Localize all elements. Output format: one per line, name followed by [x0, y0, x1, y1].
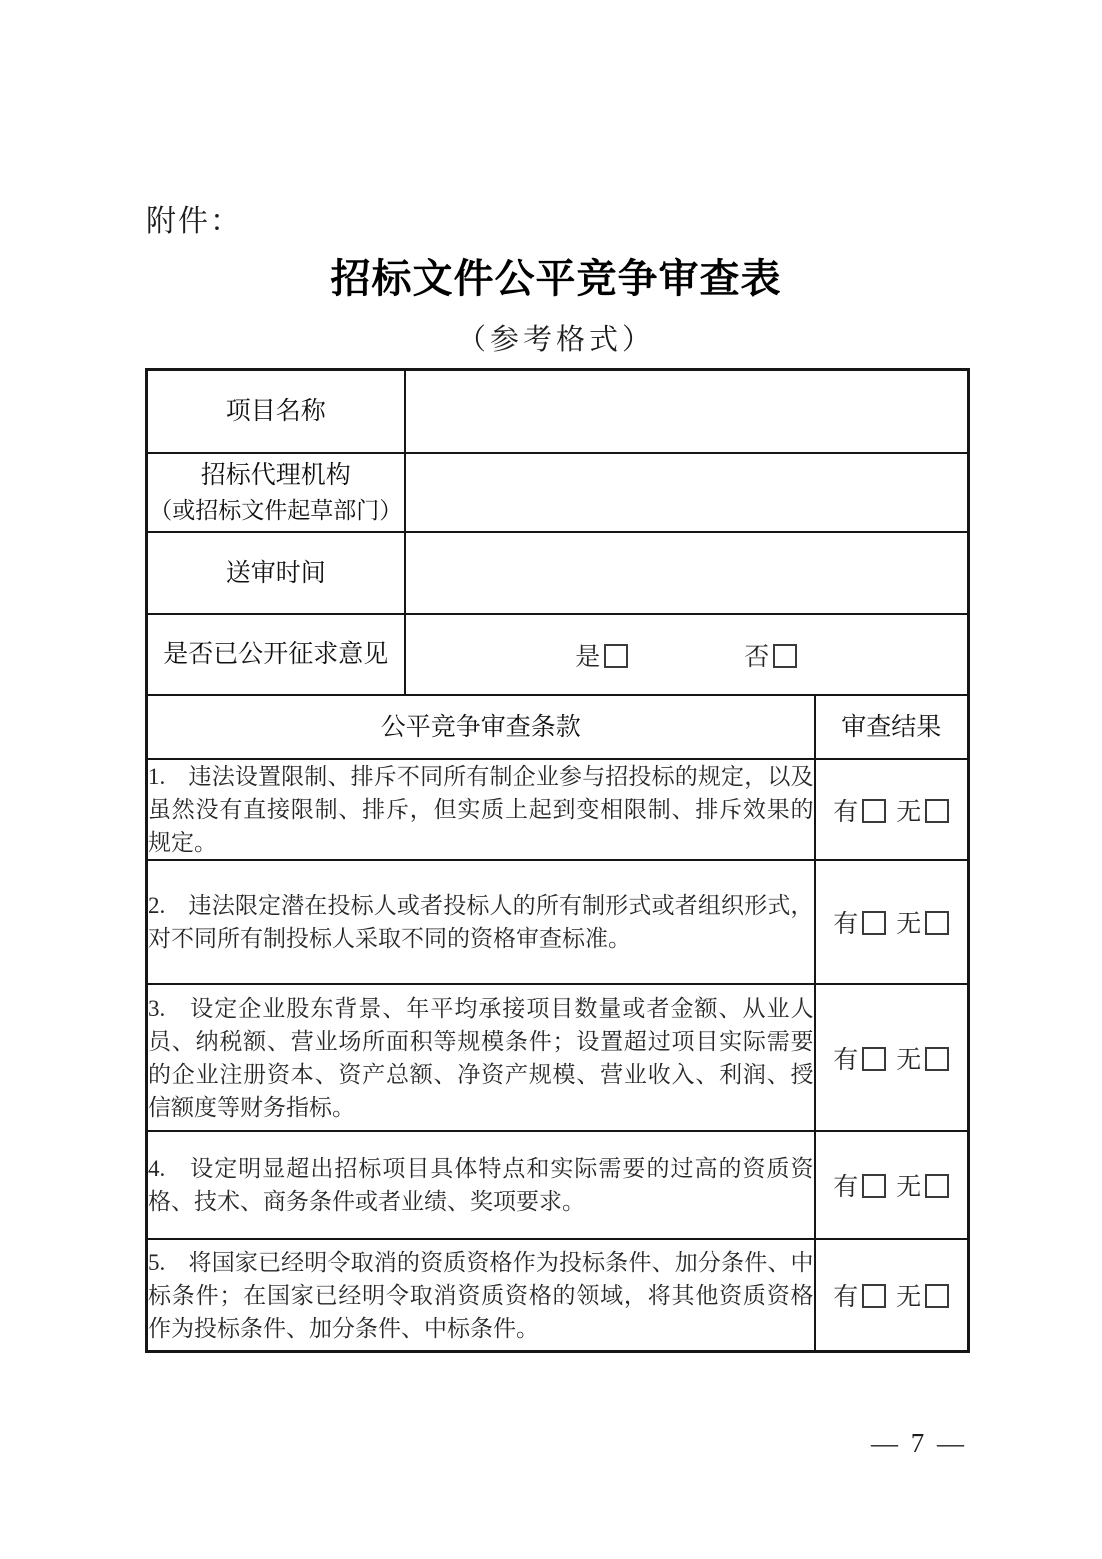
clause-row-5: 5. 将国家已经明令取消的资质资格作为投标条件、加分条件、中标条件；在国家已经明… [147, 1239, 969, 1352]
clause-row-2: 2. 违法限定潜在投标人或者投标人的所有制形式或者组织形式，对不同所有制投标人采… [147, 860, 969, 984]
submission-time-label: 送审时间 [147, 532, 405, 614]
has-label: 有 [833, 1174, 858, 1201]
submission-time-row: 送审时间 [147, 532, 969, 614]
clause-2-result-cell: 有无 [815, 860, 969, 984]
clause-5-has-option: 有 [833, 1284, 886, 1311]
has-label: 有 [833, 1284, 858, 1311]
clause-3-text: 3. 设定企业股东背景、年平均承接项目数量或者金额、从业人员、纳税额、营业场所面… [147, 984, 815, 1131]
attachment-label: 附件： [146, 196, 242, 240]
project-name-row: 项目名称 [147, 370, 969, 454]
none-label: 无 [896, 1174, 921, 1201]
consultation-yes-option: 是 [575, 644, 628, 671]
page-number: — 7 — [871, 1428, 967, 1459]
clause-1-result-cell: 有无 [815, 759, 969, 860]
review-form-table: 项目名称 招标代理机构 （或招标文件起草部门） 送审时间 是否已公开征求意见 是… [145, 368, 970, 1353]
public-consultation-label: 是否已公开征求意见 [147, 614, 405, 695]
consultation-no-checkbox[interactable] [773, 644, 797, 668]
agency-label: 招标代理机构 （或招标文件起草部门） [147, 453, 405, 532]
clause-4-text: 4. 设定明显超出招标项目具体特点和实际需要的过高的资质资格、技术、商务条件或者… [147, 1131, 815, 1239]
submission-time-input-cell[interactable] [405, 532, 969, 614]
clause-4-has-option: 有 [833, 1174, 886, 1201]
result-column-header: 审查结果 [815, 695, 969, 759]
document-page: 附件： 招标文件公平竞争审查表 （参考格式） 项目名称 招标代理机构 （或招标文… [0, 0, 1102, 1559]
clause-3-result-cell: 有无 [815, 984, 969, 1131]
project-name-label: 项目名称 [147, 370, 405, 454]
clause-3-none-checkbox[interactable] [925, 1047, 949, 1071]
none-label: 无 [896, 1047, 921, 1074]
none-label: 无 [896, 1284, 921, 1311]
public-consultation-row: 是否已公开征求意见 是否 [147, 614, 969, 695]
clause-3-none-option: 无 [896, 1047, 949, 1074]
page-title: 招标文件公平竞争审查表 [145, 254, 967, 304]
clause-2-text: 2. 违法限定潜在投标人或者投标人的所有制形式或者组织形式，对不同所有制投标人采… [147, 860, 815, 984]
project-name-input-cell[interactable] [405, 370, 969, 454]
consultation-yes-label: 是 [575, 644, 600, 671]
clause-5-none-checkbox[interactable] [925, 1284, 949, 1308]
none-label: 无 [896, 911, 921, 938]
agency-label-line2: （或招标文件起草部门） [148, 493, 404, 528]
has-label: 有 [833, 799, 858, 826]
clause-1-has-checkbox[interactable] [862, 799, 886, 823]
clause-2-none-checkbox[interactable] [925, 911, 949, 935]
has-label: 有 [833, 911, 858, 938]
clause-4-none-option: 无 [896, 1174, 949, 1201]
agency-row: 招标代理机构 （或招标文件起草部门） [147, 453, 969, 532]
clause-3-has-option: 有 [833, 1047, 886, 1074]
page-subtitle: （参考格式） [145, 321, 967, 359]
clause-1-text: 1. 违法设置限制、排斥不同所有制企业参与招投标的规定，以及虽然没有直接限制、排… [147, 759, 815, 860]
clause-2-none-option: 无 [896, 911, 949, 938]
clause-4-has-checkbox[interactable] [862, 1174, 886, 1198]
clause-table-header-row: 公平竞争审查条款 审查结果 [147, 695, 969, 759]
consultation-no-label: 否 [744, 644, 769, 671]
clause-1-none-checkbox[interactable] [925, 799, 949, 823]
consultation-yes-checkbox[interactable] [604, 644, 628, 668]
clause-1-none-option: 无 [896, 799, 949, 826]
clause-5-has-checkbox[interactable] [862, 1284, 886, 1308]
clause-5-none-option: 无 [896, 1284, 949, 1311]
clause-row-1: 1. 违法设置限制、排斥不同所有制企业参与招投标的规定，以及虽然没有直接限制、排… [147, 759, 969, 860]
clause-row-3: 3. 设定企业股东背景、年平均承接项目数量或者金额、从业人员、纳税额、营业场所面… [147, 984, 969, 1131]
none-label: 无 [896, 799, 921, 826]
clause-row-4: 4. 设定明显超出招标项目具体特点和实际需要的过高的资质资格、技术、商务条件或者… [147, 1131, 969, 1239]
agency-input-cell[interactable] [405, 453, 969, 532]
clause-2-has-checkbox[interactable] [862, 911, 886, 935]
clause-1-has-option: 有 [833, 799, 886, 826]
clause-column-header: 公平竞争审查条款 [147, 695, 815, 759]
agency-label-line1: 招标代理机构 [148, 458, 404, 493]
has-label: 有 [833, 1047, 858, 1074]
clause-4-result-cell: 有无 [815, 1131, 969, 1239]
clause-2-has-option: 有 [833, 911, 886, 938]
public-consultation-options-cell: 是否 [405, 614, 969, 695]
clause-5-text: 5. 将国家已经明令取消的资质资格作为投标条件、加分条件、中标条件；在国家已经明… [147, 1239, 815, 1352]
clause-3-has-checkbox[interactable] [862, 1047, 886, 1071]
clause-5-result-cell: 有无 [815, 1239, 969, 1352]
consultation-no-option: 否 [744, 644, 797, 671]
clause-4-none-checkbox[interactable] [925, 1174, 949, 1198]
